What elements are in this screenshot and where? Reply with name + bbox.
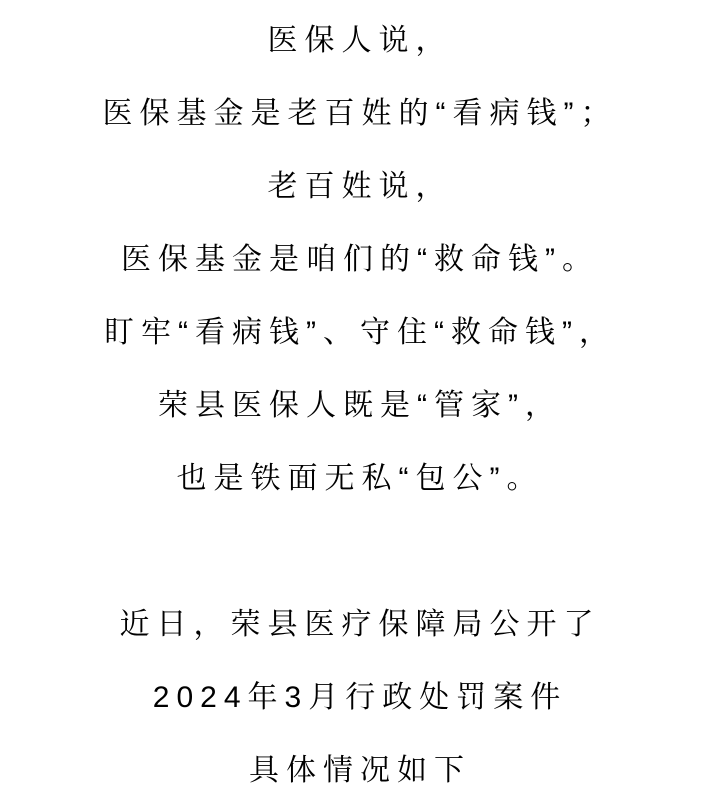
text-line: 2024年3月行政处罚案件 [0, 657, 720, 730]
text-line: 医保基金是咱们的“救命钱”。 [0, 219, 720, 292]
announcement-paragraph: 近日，荣县医疗保障局公开了 2024年3月行政处罚案件 具体情况如下 [0, 584, 720, 803]
text-line: 医保基金是老百姓的“看病钱”； [0, 73, 720, 146]
text-line: 具体情况如下 [0, 730, 720, 803]
text-line: 医保人说， [0, 0, 720, 73]
text-line: 也是铁面无私“包公”。 [0, 438, 720, 511]
intro-paragraph: 医保人说， 医保基金是老百姓的“看病钱”； 老百姓说， 医保基金是咱们的“救命钱… [0, 0, 720, 511]
text-line: 老百姓说， [0, 146, 720, 219]
article-page: 医保人说， 医保基金是老百姓的“看病钱”； 老百姓说， 医保基金是咱们的“救命钱… [0, 0, 720, 810]
text-line: 荣县医保人既是“管家”， [0, 365, 720, 438]
text-line: 盯牢“看病钱”、守住“救命钱”， [0, 292, 720, 365]
paragraph-spacer [0, 511, 720, 584]
text-line: 近日，荣县医疗保障局公开了 [0, 584, 720, 657]
